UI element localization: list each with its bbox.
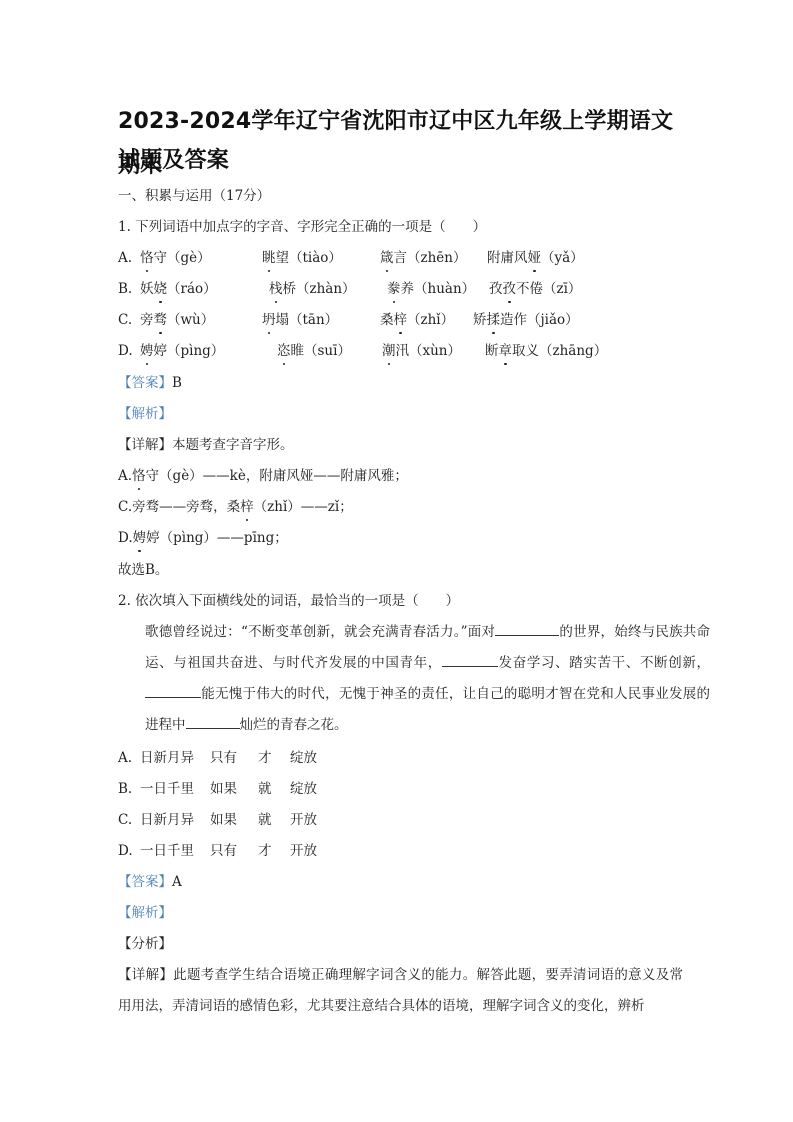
option-text: 孜	[489, 281, 503, 297]
question-2-detail: 【详解】此题考查学生结合语境正确理解字词含义的能力。解答此题，要弄清词语的意义及…	[118, 960, 683, 1022]
option-text: 言（zhēn）	[394, 250, 467, 266]
option-text: 矫	[473, 312, 487, 328]
option-text: 不倦（zī）	[516, 281, 581, 297]
option-word: 日新月异	[140, 810, 194, 830]
explanation-text: A.	[118, 468, 132, 484]
question-1-stem: 1. 下列词语中加点字的字音、字形完全正确的一项是（ ）	[118, 217, 486, 237]
dotted-char: 潮	[382, 341, 396, 361]
question-1-conclusion: 故选B。	[118, 560, 168, 580]
fill-blank-2	[442, 652, 498, 667]
dotted-char: 豢	[387, 279, 401, 299]
option-text: （wù）	[167, 312, 214, 328]
option-word: 只有	[210, 841, 237, 861]
dotted-char: 娉	[140, 341, 154, 361]
option-item: 旁骛（wù）	[140, 310, 214, 330]
option-word: 如果	[210, 779, 237, 799]
dotted-char: 孜	[503, 279, 517, 299]
dotted-char: 娉	[133, 528, 147, 548]
option-text: 桥（zhàn）	[283, 281, 356, 297]
analysis-label: 【解析】	[118, 406, 172, 422]
explanation-text: D.	[118, 530, 133, 546]
option-word: 才	[258, 841, 272, 861]
option-item: 栈桥（zhàn）	[269, 279, 356, 299]
fill-blank-4	[186, 714, 240, 729]
option-item: 附庸风娅（yǎ）	[487, 248, 584, 268]
option-text: 造作（jiǎo）	[500, 312, 579, 328]
option-word: 开放	[290, 841, 317, 861]
passage-text: 灿烂的青春之花。	[240, 717, 348, 733]
option-letter: A.	[118, 748, 132, 768]
option-text: 婷（pìng）	[154, 343, 225, 359]
option-item: 桑梓（zhǐ）	[380, 310, 454, 330]
option-text: 旁	[140, 312, 154, 328]
option-item: 恪守（gè）	[140, 248, 211, 268]
option-text: 养（huàn）	[401, 281, 476, 297]
detail-label: 【详解】	[118, 967, 173, 983]
explanation-text: 守（gè）——kè，附庸风娅——附庸风雅；	[146, 468, 408, 484]
dotted-char: 梓	[240, 497, 254, 517]
dotted-char: 栈	[269, 279, 283, 299]
option-text: （yǎ）	[541, 250, 584, 266]
option-text: （ráo）	[167, 281, 217, 297]
dotted-char: 揉	[487, 310, 501, 330]
dotted-char: 骛	[154, 310, 168, 330]
dotted-char: 娅	[528, 248, 542, 268]
fill-blank-3	[145, 683, 201, 698]
dotted-char: 眺	[262, 248, 276, 268]
option-item: 娉婷（pìng）	[140, 341, 224, 361]
option-word: 就	[258, 810, 272, 830]
question-2-fenxi: 【分析】	[118, 934, 172, 954]
option-text: （zhǐ）	[407, 312, 454, 328]
detail-text: 本题考查字音字形。	[172, 437, 294, 453]
question-1-answer: 【答案】B	[118, 373, 182, 393]
option-word: 日新月异	[140, 748, 194, 768]
analysis-label: 【解析】	[118, 905, 172, 921]
option-letter: B.	[118, 279, 132, 299]
dotted-char: 梓	[394, 310, 408, 330]
option-item: 矫揉造作（jiǎo）	[473, 310, 579, 330]
answer-label: 【答案】	[118, 375, 172, 391]
fill-blank-1	[495, 621, 559, 636]
option-item: 箴言（zhēn）	[380, 248, 467, 268]
dotted-char: 恪	[140, 248, 154, 268]
detail-text: 此题考查学生结合语境正确理解字词含义的能力。解答此题，要弄清词语的意义及常用用法…	[118, 967, 683, 1014]
option-word: 只有	[210, 748, 237, 768]
option-letter: A.	[118, 248, 132, 268]
option-text: 妖	[140, 281, 154, 297]
explanation-c: C.旁骛——旁骛，桑梓（zhǐ）——zǐ；	[118, 497, 353, 517]
option-text: 汛（xùn）	[396, 343, 462, 359]
explanation-text: C.旁骛——旁骛，桑	[118, 499, 240, 515]
question-2-analysis: 【解析】	[118, 903, 172, 923]
question-2-stem: 2. 依次填入下面横线处的词语，最恰当的一项是（ ）	[118, 591, 459, 611]
question-2-passage: 歌德曾经说过：“不断变革创新，就会充满青春活力。”面对的世界，始终与民族共命运、…	[118, 617, 710, 741]
option-item: 眺望（tiào）	[262, 248, 342, 268]
option-item: 潮汛（xùn）	[382, 341, 461, 361]
dotted-char: 恣	[277, 341, 291, 361]
option-item: 孜孜不倦（zī）	[489, 279, 581, 299]
option-text: 睢（suī）	[291, 343, 351, 359]
explanation-text: （zhǐ）——zǐ；	[254, 499, 353, 515]
option-word: 绽放	[290, 748, 317, 768]
dotted-char: 箴	[380, 248, 394, 268]
passage-text: 歌德曾经说过：“不断变革创新，就会充满青春活力。”面对	[145, 624, 495, 640]
option-text: 取义（zhāng）	[512, 343, 607, 359]
option-letter: C.	[118, 810, 132, 830]
dotted-char: 坍	[262, 310, 276, 330]
answer-label: 【答案】	[118, 874, 172, 890]
option-word: 一日千里	[140, 841, 194, 861]
option-text: 守（gè）	[154, 250, 211, 266]
dotted-char: 娆	[154, 279, 168, 299]
option-letter: B.	[118, 779, 132, 799]
option-item: 豢养（huàn）	[387, 279, 475, 299]
option-text: 桑	[380, 312, 394, 328]
detail-label: 【详解】	[118, 437, 172, 453]
passage-text: 发奋学习、踏实苦干、不断创新，	[498, 655, 710, 671]
answer-value: B	[172, 375, 182, 391]
option-word: 开放	[290, 810, 317, 830]
option-letter: C.	[118, 310, 132, 330]
dotted-char: 章	[499, 341, 513, 361]
option-text: 望（tiào）	[276, 250, 342, 266]
option-item: 恣睢（suī）	[277, 341, 351, 361]
option-text: 塌（tān）	[276, 312, 339, 328]
explanation-a: A.恪守（gè）——kè，附庸风娅——附庸风雅；	[118, 466, 408, 486]
question-1-detail: 【详解】本题考查字音字形。	[118, 435, 294, 455]
option-text: 断	[485, 343, 499, 359]
option-item: 妖娆（ráo）	[140, 279, 217, 299]
option-text: 附庸风	[487, 250, 528, 266]
option-word: 如果	[210, 810, 237, 830]
dotted-char: 恪	[132, 466, 146, 486]
explanation-text: 婷（pìng）——pīng；	[146, 530, 288, 546]
explanation-d: D.娉婷（pìng）——pīng；	[118, 528, 288, 548]
question-1-analysis: 【解析】	[118, 404, 172, 424]
option-letter: D.	[118, 341, 133, 361]
question-2-answer: 【答案】A	[118, 872, 182, 892]
answer-value: A	[172, 874, 182, 890]
option-item: 坍塌（tān）	[262, 310, 338, 330]
option-letter: D.	[118, 841, 133, 861]
option-word: 一日千里	[140, 779, 194, 799]
option-item: 断章取义（zhāng）	[485, 341, 607, 361]
document-title-line-2: 试题及答案	[118, 139, 688, 183]
option-word: 才	[258, 748, 272, 768]
section-heading: 一、积累与运用（17分）	[118, 186, 270, 206]
option-word: 绽放	[290, 779, 317, 799]
option-word: 就	[258, 779, 272, 799]
